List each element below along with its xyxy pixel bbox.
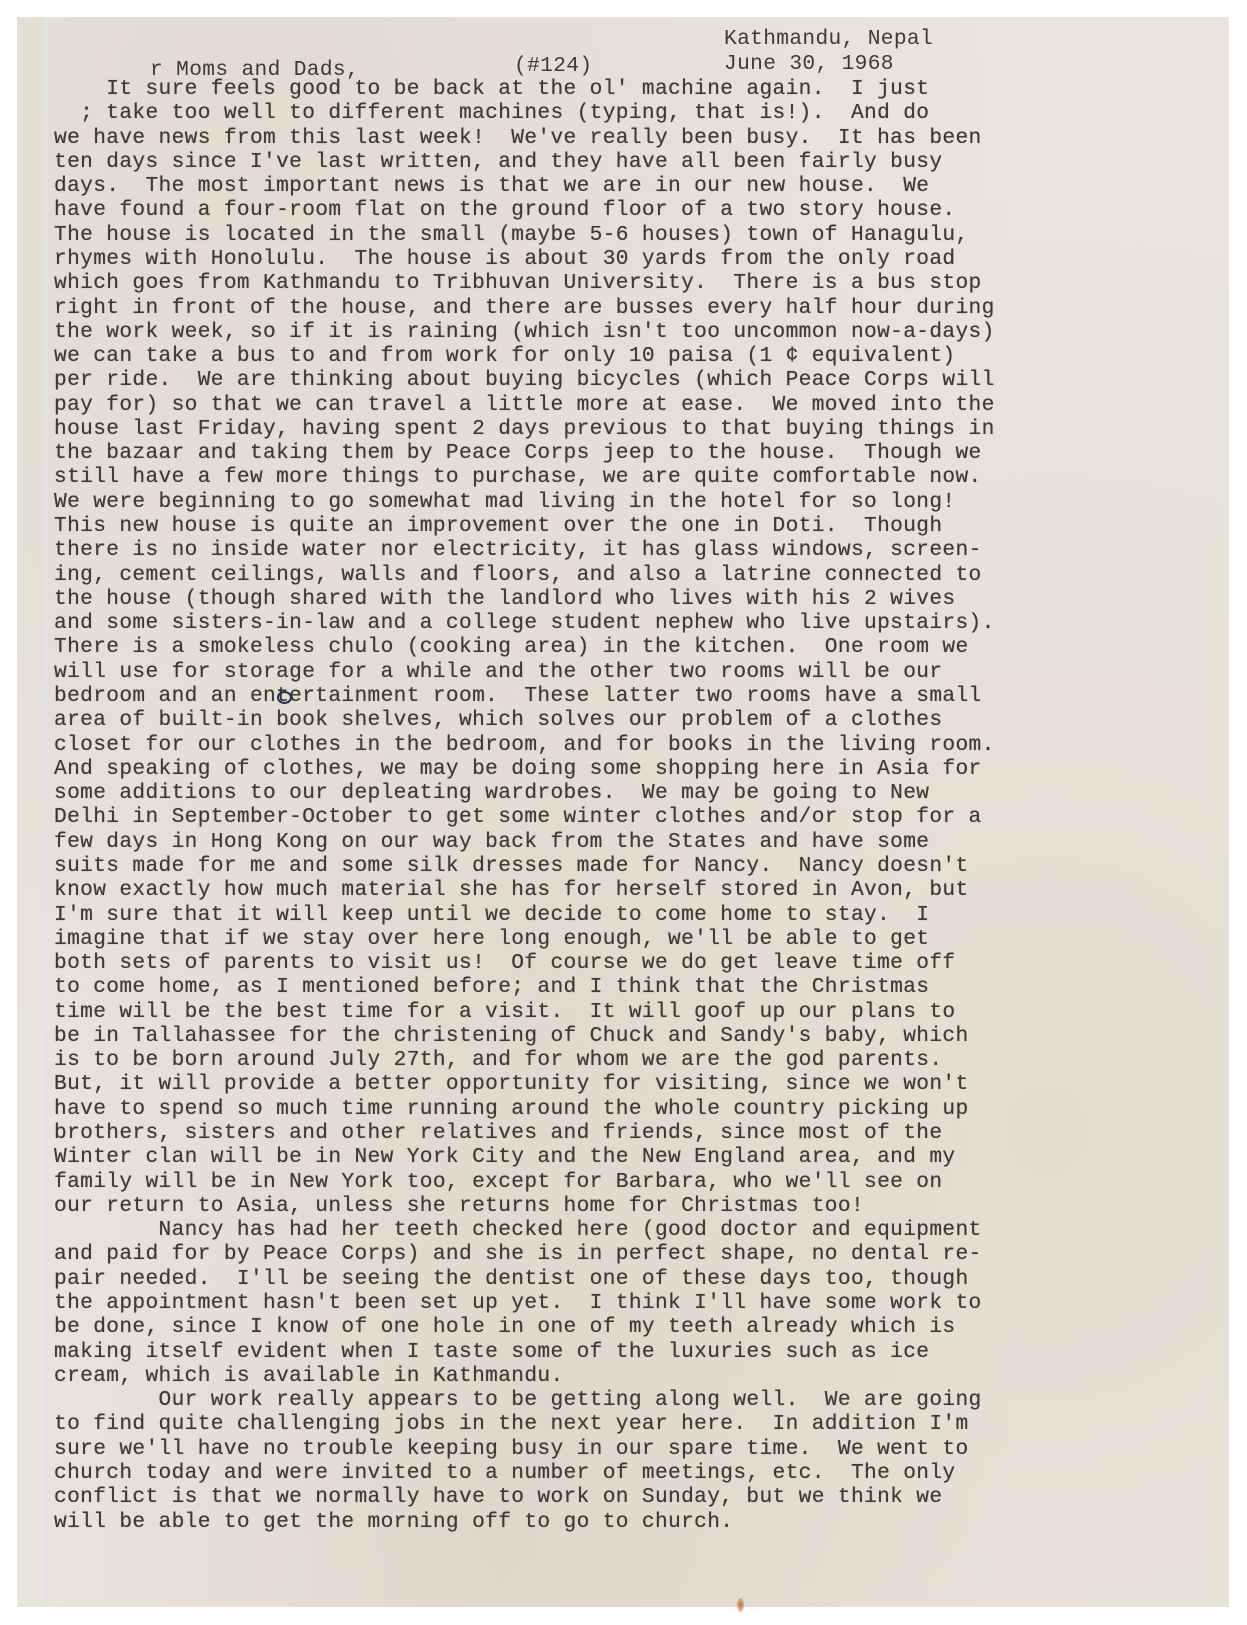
letter-line: It sure feels good to be back at the ol'…: [54, 77, 929, 101]
letter-line: church today and were invited to a numbe…: [54, 1461, 955, 1485]
letter-line: I'm sure that it will keep until we deci…: [54, 903, 929, 927]
letter-line: Delhi in September-October to get some w…: [54, 805, 982, 829]
letter-line: right in front of the house, and there a…: [54, 296, 995, 320]
letter-line: Winter clan will be in New York City and…: [54, 1145, 955, 1169]
letter-line: The house is located in the small (maybe…: [54, 223, 969, 247]
letter-line: which goes from Kathmandu to Tribhuvan U…: [54, 271, 982, 295]
letter-line: sure we'll have no trouble keeping busy …: [54, 1437, 969, 1461]
letter-line: bedroom and an entertainment room. These…: [54, 684, 982, 708]
letter-line: days. The most important news is that we…: [54, 174, 929, 198]
letter-line: our return to Asia, unless she returns h…: [54, 1194, 864, 1218]
letter-line: some additions to our depleating wardrob…: [54, 781, 929, 805]
letter-line: have to spend so much time running aroun…: [54, 1097, 969, 1121]
letter-line: rhymes with Honolulu. The house is about…: [54, 247, 955, 271]
letter-line: to find quite challenging jobs in the ne…: [54, 1412, 969, 1436]
typewritten-letter: Kathmandu, Nepal June 30, 1968 r Moms an…: [0, 0, 1247, 1625]
letter-line: cream, which is available in Kathmandu.: [54, 1364, 564, 1388]
paper-stain: [737, 1598, 744, 1612]
letter-line: we can take a bus to and from work for o…: [54, 344, 955, 368]
letter-line: suits made for me and some silk dresses …: [54, 854, 969, 878]
letter-line: area of built-in book shelves, which sol…: [54, 708, 942, 732]
letter-line: making itself evident when I taste some …: [54, 1340, 929, 1364]
letter-line: family will be in New York too, except f…: [54, 1170, 942, 1194]
letter-line: Our work really appears to be getting al…: [54, 1388, 982, 1412]
letter-place: Kathmandu, Nepal: [724, 27, 933, 51]
letter-line: per ride. We are thinking about buying b…: [54, 368, 995, 392]
letter-line: is to be born around July 27th, and for …: [54, 1048, 942, 1072]
letter-line: to come home, as I mentioned before; and…: [54, 975, 929, 999]
letter-line: will use for storage for a while and the…: [54, 660, 942, 684]
letter-line: the bazaar and taking them by Peace Corp…: [54, 441, 982, 465]
letter-line: both sets of parents to visit us! Of cou…: [54, 951, 955, 975]
letter-line: conflict is that we normally have to wor…: [54, 1485, 942, 1509]
letter-line: Nancy has had her teeth checked here (go…: [54, 1218, 982, 1242]
letter-line: pair needed. I'll be seeing the dentist …: [54, 1267, 969, 1291]
letter-line: And speaking of clothes, we may be doing…: [54, 757, 982, 781]
letter-line: will be able to get the morning off to g…: [54, 1510, 733, 1534]
letter-line: ing, cement ceilings, walls and floors, …: [54, 563, 982, 587]
letter-line: few days in Hong Kong on our way back fr…: [54, 830, 929, 854]
letter-line: imagine that if we stay over here long e…: [54, 927, 929, 951]
letter-line: and some sisters-in-law and a college st…: [54, 611, 995, 635]
letter-line: ten days since I've last written, and th…: [54, 150, 942, 174]
letter-line: the work week, so if it is raining (whic…: [54, 320, 995, 344]
letter-line: the appointment hasn't been set up yet. …: [54, 1291, 982, 1315]
letter-line: pay for) so that we can travel a little …: [54, 393, 995, 417]
letter-date: June 30, 1968: [724, 52, 894, 76]
letter-line: This new house is quite an improvement o…: [54, 514, 942, 538]
letter-line: have found a four-room flat on the groun…: [54, 198, 955, 222]
letter-line: closet for our clothes in the bedroom, a…: [54, 733, 995, 757]
letter-line: there is no inside water nor electricity…: [54, 538, 982, 562]
letter-line: know exactly how much material she has f…: [54, 878, 969, 902]
letter-line: still have a few more things to purchase…: [54, 465, 982, 489]
letter-line: ; take too well to different machines (t…: [54, 101, 929, 125]
letter-line: But, it will provide a better opportunit…: [54, 1072, 969, 1096]
letter-line: be in Tallahassee for the christening of…: [54, 1024, 969, 1048]
letter-line: brothers, sisters and other relatives an…: [54, 1121, 942, 1145]
letter-number: (#124): [514, 54, 592, 78]
letter-line: and paid for by Peace Corps) and she is …: [54, 1242, 982, 1266]
letter-line: time will be the best time for a visit. …: [54, 1000, 955, 1024]
letter-line: There is a smokeless chulo (cooking area…: [54, 635, 969, 659]
letter-line: house last Friday, having spent 2 days p…: [54, 417, 995, 441]
letter-line: the house (though shared with the landlo…: [54, 587, 955, 611]
letter-line: we have news from this last week! We've …: [54, 126, 982, 150]
letter-line: be done, since I know of one hole in one…: [54, 1315, 955, 1339]
ink-mark: [277, 691, 292, 704]
letter-line: We were beginning to go somewhat mad liv…: [54, 490, 955, 514]
